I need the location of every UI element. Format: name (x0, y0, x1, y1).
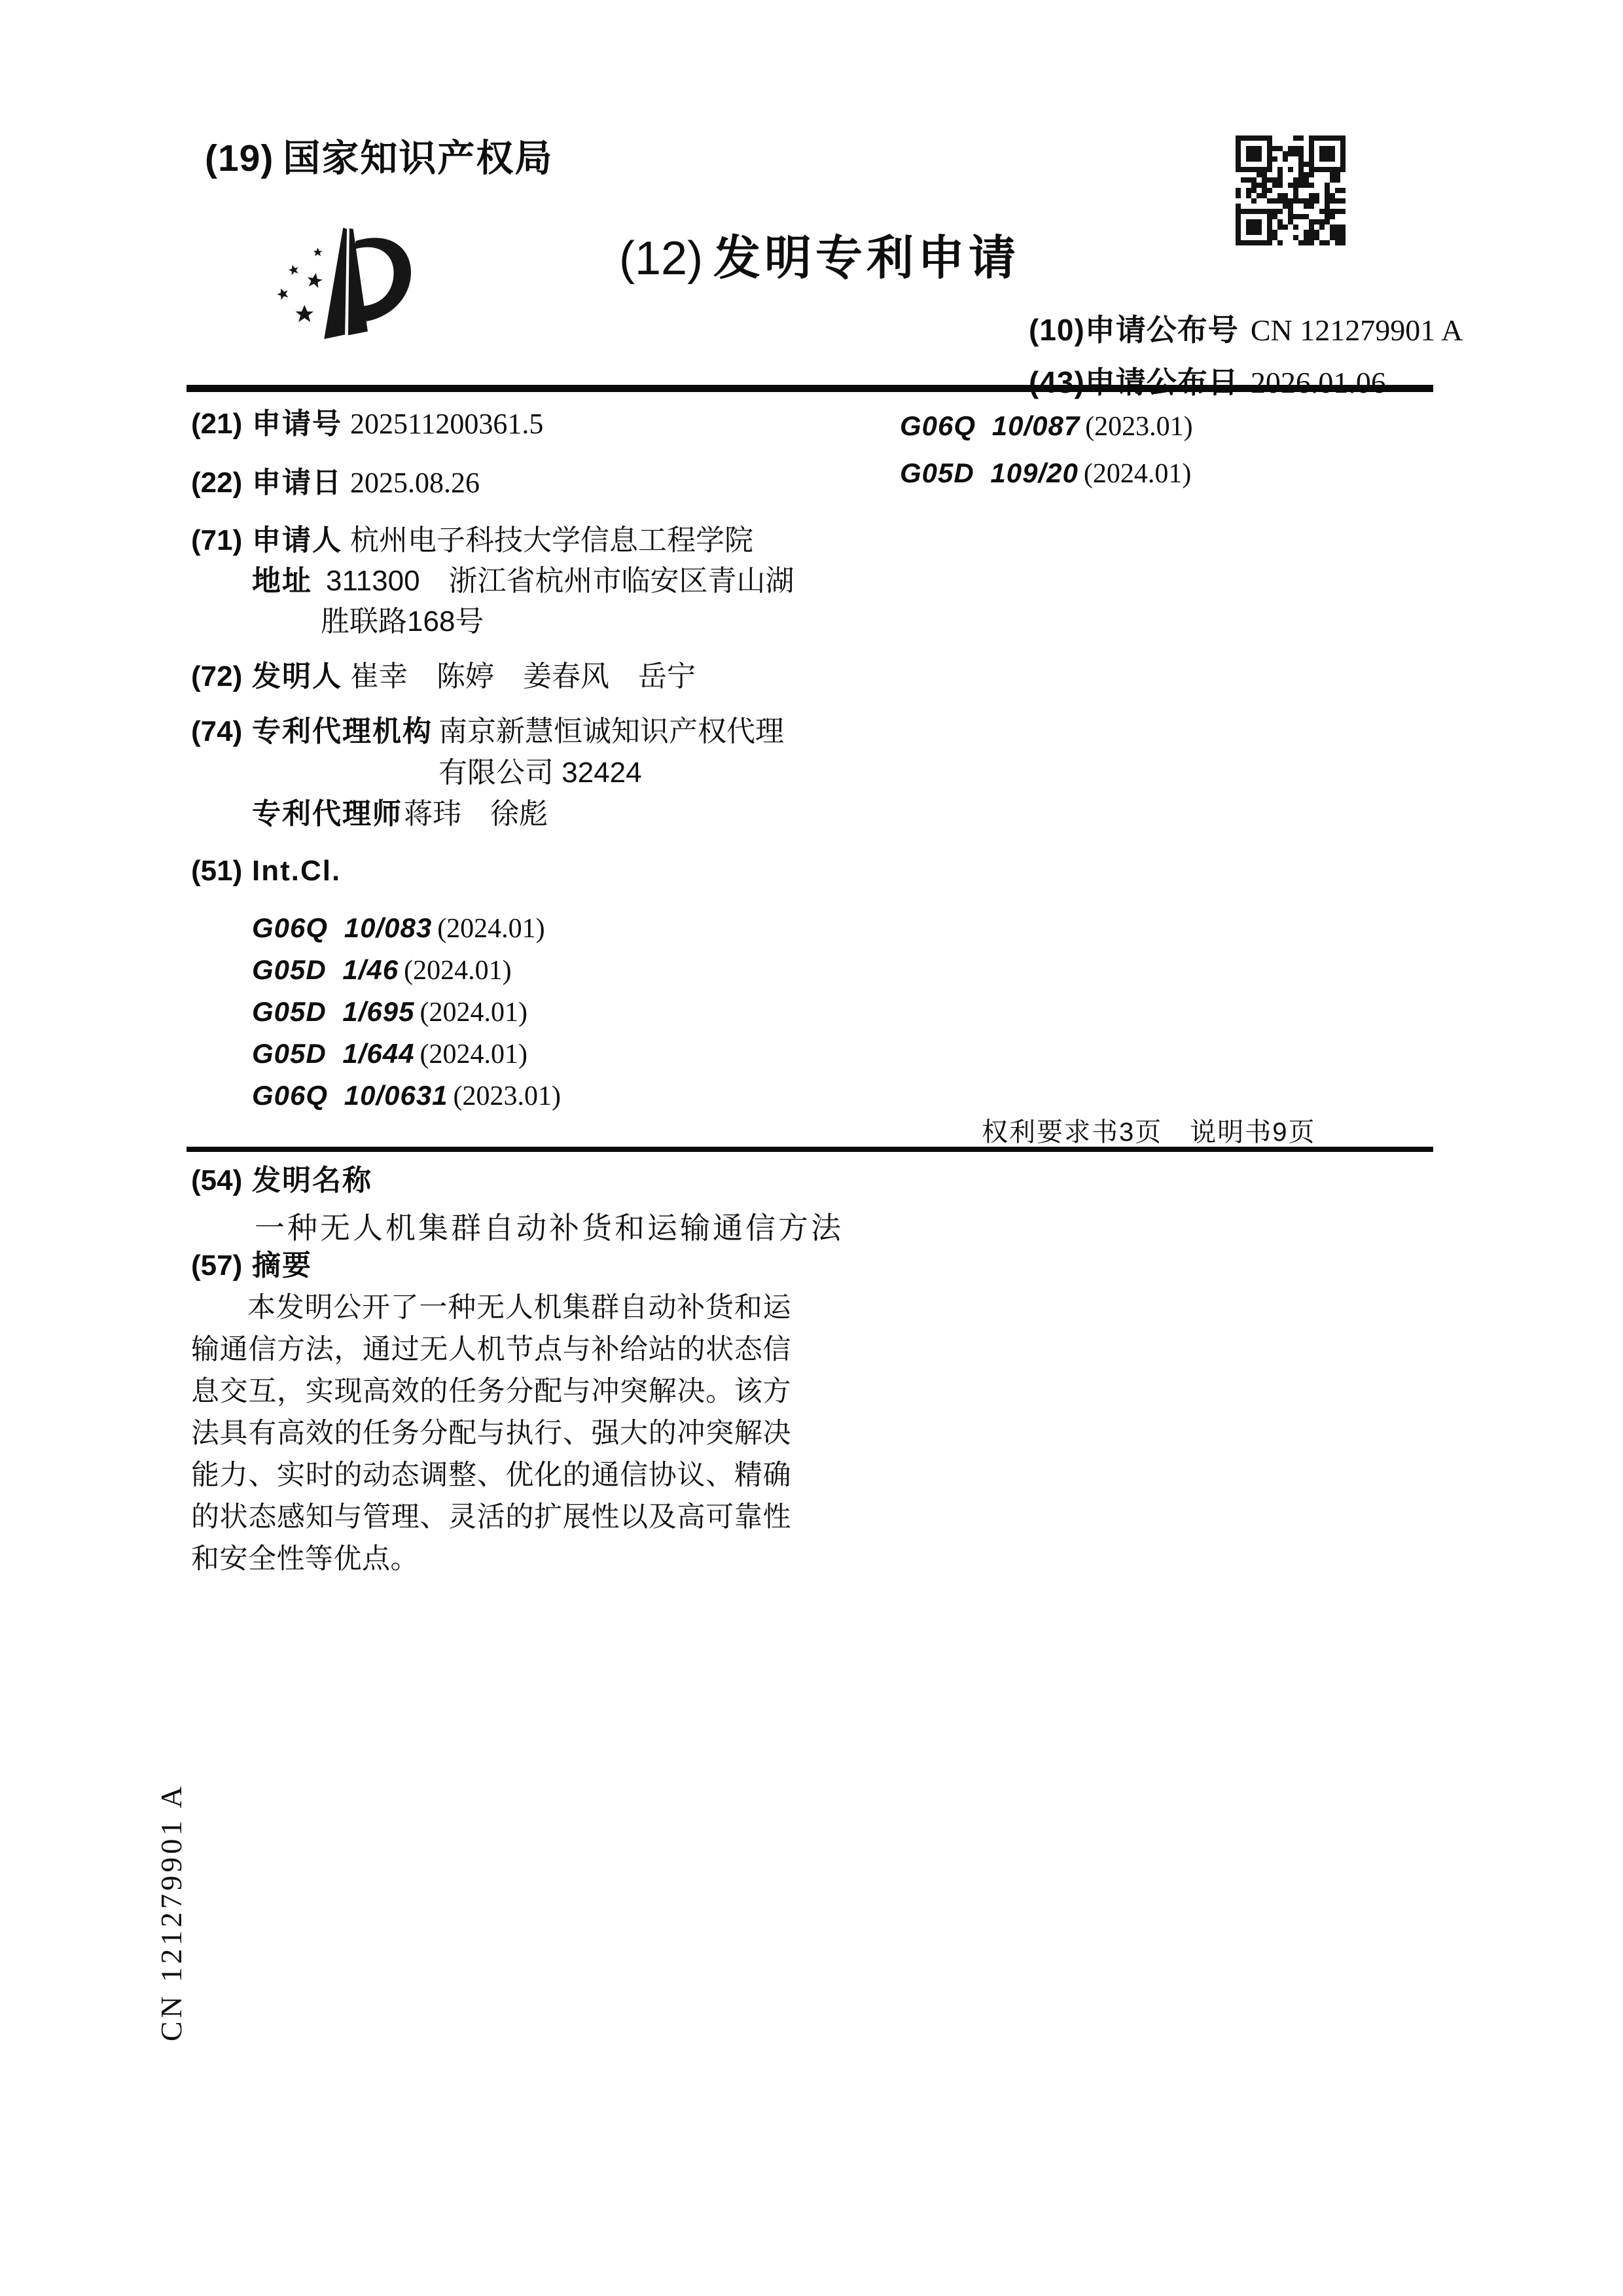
sidebar-document-code: CN 121279901 A (154, 1806, 184, 2041)
document-type-code: (12) (619, 232, 703, 285)
publication-number-label: (10)申请公布号 (1029, 313, 1239, 347)
agency-value: 南京新慧恒诚知识产权代理 (438, 715, 784, 747)
applicant-value: 杭州电子科技大学信息工程学院 (350, 524, 753, 556)
field-code: (72) (191, 660, 252, 694)
publication-number-line: (10)申请公布号CN 121279901 A (1029, 306, 1463, 350)
intcl-version: (2024.01) (437, 914, 544, 944)
field-code: (74) (191, 715, 252, 749)
document-type-title: (12)发明专利申请 (619, 220, 1020, 288)
classification-version: (2023.01) (1085, 412, 1192, 442)
classification-class: G05D 109/20 (900, 457, 1079, 488)
patent-front-page: (19)国家知识产权局 (12)发明专利申请 (10)申请公布号CN 12127 (0, 0, 1623, 2296)
abstract-header: (57)摘要 (191, 1249, 312, 1283)
field-code: (51) (191, 854, 252, 888)
document-type-label: 发明专利申请 (713, 232, 1020, 285)
intcl-label: Int.Cl. (252, 854, 341, 888)
biblio-divider-rule (187, 1147, 1433, 1152)
application-number-value: 202511200361.5 (350, 408, 543, 440)
qr-code (1236, 135, 1346, 245)
intcl-class: G06Q 10/0631 (252, 1080, 448, 1111)
field-code: (21) (191, 407, 252, 441)
field-label: 发明人 (252, 660, 350, 694)
pages-info: 权利要求书3页 说明书9页 (982, 1111, 1316, 1149)
invention-title-header: (54)发明名称 (191, 1164, 372, 1198)
field-label: 专利代理机构 (252, 715, 438, 749)
applicant-address-value: 311300 浙江省杭州市临安区青山湖 (326, 565, 794, 597)
publication-date-line: (43)申请公布日2026.01.06 (1029, 359, 1386, 402)
agent-row: 专利代理师蒋玮 徐彪 (252, 797, 548, 831)
field-label: 申请人 (252, 524, 350, 558)
inventors-row: (72)发明人崔幸 陈婷 姜春风 岳宁 (191, 660, 696, 694)
intcl-version: (2024.01) (420, 997, 527, 1028)
publication-date-value: 2026.01.06 (1251, 366, 1386, 399)
intcl-version: (2024.01) (404, 956, 511, 986)
intcl-entry: G06Q 10/0631(2023.01) (252, 1079, 561, 1113)
classification-class: G06Q 10/087 (900, 410, 1080, 441)
classification-entry: G06Q 10/087(2023.01) (900, 409, 1193, 444)
intcl-class: G05D 1/695 (252, 996, 415, 1027)
field-label: 专利代理师 (252, 797, 404, 831)
application-number-row: (21)申请号202511200361.5 (191, 407, 543, 441)
office-code: (19) (205, 137, 274, 179)
intcl-class: G06Q 10/083 (252, 912, 432, 943)
field-code: (22) (191, 466, 252, 500)
qr-code-wrap (1236, 135, 1346, 249)
header-divider-rule (187, 385, 1433, 392)
applicant-address-row-2: 胜联路168号 (321, 605, 484, 639)
cnipa-logo (252, 207, 443, 362)
agency-row: (74)专利代理机构南京新慧恒诚知识产权代理 (191, 715, 784, 749)
field-label: 申请号 (252, 407, 350, 441)
invention-title: 一种无人机集群自动补货和运输通信方法 (255, 1204, 844, 1247)
field-code: (71) (191, 524, 252, 558)
agency-value-2: 有限公司 32424 (438, 757, 642, 789)
intcl-entry: G05D 1/695(2024.01) (252, 995, 527, 1030)
office-line: (19)国家知识产权局 (205, 128, 553, 182)
intcl-entry: G05D 1/46(2024.01) (252, 953, 512, 988)
field-code: (54) (191, 1164, 252, 1198)
application-date-row: (22)申请日2025.08.26 (191, 466, 480, 500)
agency-row-2: 有限公司 32424 (438, 756, 642, 790)
abstract-text: 本发明公开了一种无人机集群自动补货和运输通信方法，通过无人机节点与补给站的状态信… (191, 1287, 791, 1580)
classification-entry: G05D 109/20(2024.01) (900, 456, 1191, 491)
intcl-version: (2023.01) (454, 1081, 561, 1111)
field-code: (57) (191, 1249, 252, 1283)
cnipa-logo-icon (252, 207, 443, 359)
agent-value: 蒋玮 徐彪 (404, 798, 548, 830)
applicant-address-row: 地址311300 浙江省杭州市临安区青山湖 (252, 564, 794, 598)
intcl-class: G05D 1/644 (252, 1038, 415, 1069)
applicant-row: (71)申请人杭州电子科技大学信息工程学院 (191, 524, 753, 558)
intcl-header-row: (51)Int.Cl. (191, 854, 341, 888)
intcl-version: (2024.01) (420, 1039, 527, 1069)
field-label: 摘要 (252, 1249, 312, 1283)
intcl-entry: G06Q 10/083(2024.01) (252, 911, 545, 946)
application-date-value: 2025.08.26 (350, 467, 480, 499)
intcl-entry: G05D 1/644(2024.01) (252, 1037, 527, 1071)
field-label: 申请日 (252, 466, 350, 500)
applicant-address-value-2: 胜联路168号 (321, 605, 484, 637)
publication-number-value: CN 121279901 A (1251, 314, 1463, 347)
inventors-value: 崔幸 陈婷 姜春风 岳宁 (350, 660, 696, 692)
office-name: 国家知识产权局 (283, 137, 553, 179)
publication-date-label: (43)申请公布日 (1029, 365, 1239, 399)
intcl-class: G05D 1/46 (252, 954, 399, 985)
field-label: 发明名称 (252, 1164, 372, 1198)
field-label: 地址 (252, 564, 326, 598)
classification-version: (2024.01) (1084, 459, 1191, 489)
